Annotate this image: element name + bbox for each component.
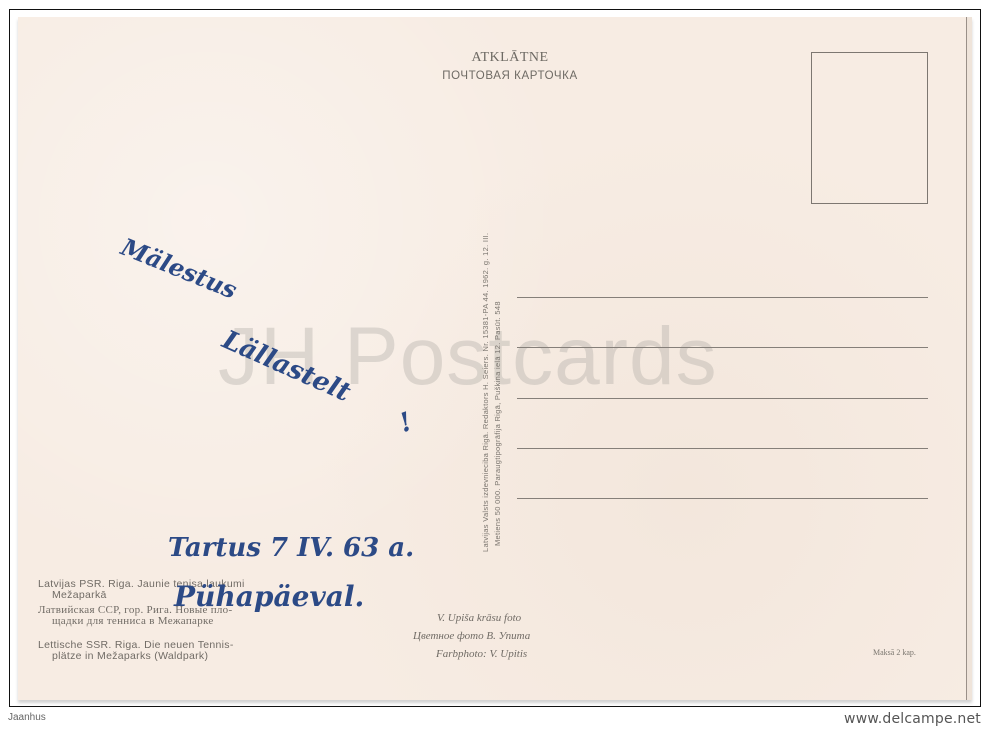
photo-credit-latvian: V. Upiša krāsu foto xyxy=(437,612,521,624)
handwriting-day: Pühapäeval. xyxy=(174,580,364,613)
address-line-2 xyxy=(517,347,928,348)
publisher-imprint-line-1: Latvijas Valsts izdevnieciba Rigā. Redak… xyxy=(481,233,490,552)
address-line-3 xyxy=(517,398,928,399)
photo-credit-german: Farbphoto: V. Upitis xyxy=(436,648,527,660)
caption-german-line-2: plätze in Mežaparks (Waldpark) xyxy=(38,651,234,662)
address-line-5 xyxy=(517,498,928,499)
site-watermark: www.delcampe.net xyxy=(844,711,981,727)
seller-name: Jaanhus xyxy=(8,712,46,723)
price-label: Maksā 2 kap. xyxy=(873,648,916,657)
fold-edge xyxy=(967,17,972,700)
address-line-4 xyxy=(517,448,928,449)
photo-credit-russian: Цветное фото В. Упита xyxy=(413,630,530,642)
address-line-1 xyxy=(517,297,928,298)
stamp-box xyxy=(811,52,928,204)
handwriting-place-date: Tartus 7 IV. 63 a. xyxy=(168,533,414,563)
postcard-title-latvian: ATKLĀTNE xyxy=(400,50,620,66)
caption-german: Lettische SSR. Riga. Die neuen Tennis- p… xyxy=(38,640,234,662)
caption-russian-line-2: щадки для тенниса в Межапарке xyxy=(38,616,232,627)
postcard-title-russian: ПОЧТОВАЯ КАРТОЧКА xyxy=(400,70,620,82)
publisher-imprint-line-2: Metiens 50 000. Paraugtipogrāfija Rigā, … xyxy=(493,301,502,546)
